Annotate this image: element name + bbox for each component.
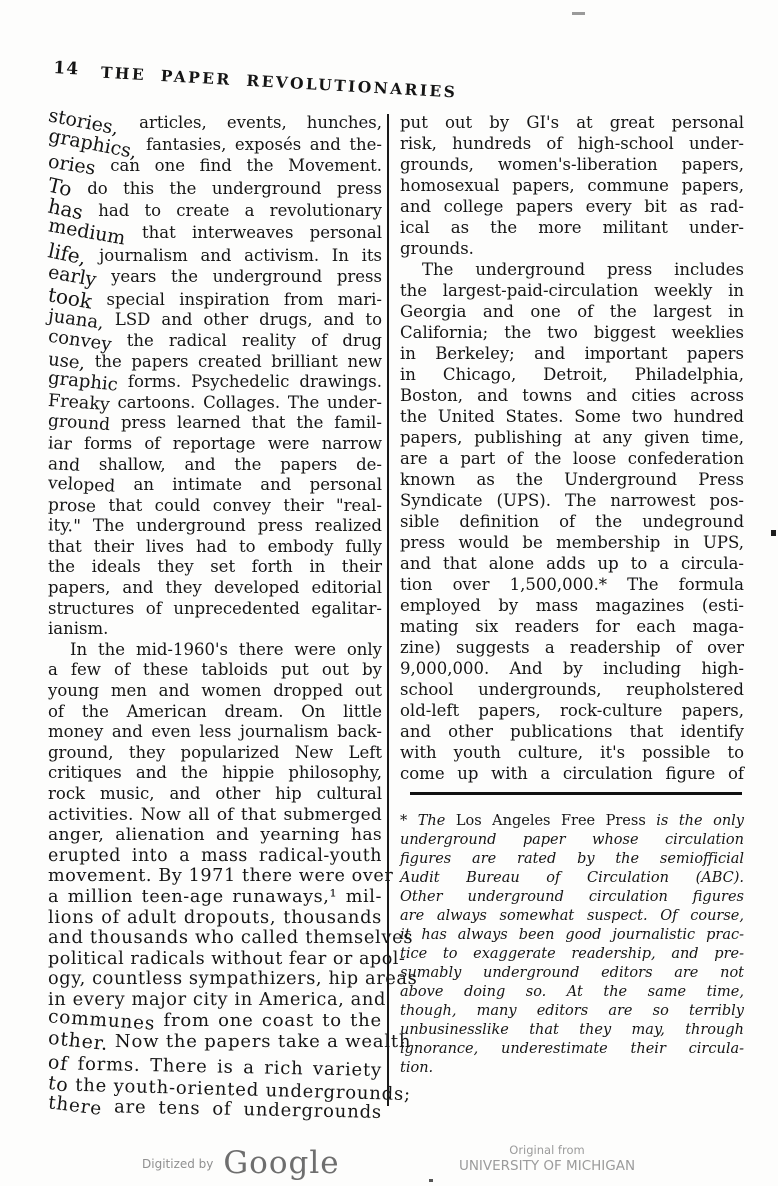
gutter-word: prose	[48, 495, 97, 517]
text-line: other. Now the papers take a wealth	[48, 1031, 382, 1053]
text-line: come up with a circulation figure of	[400, 763, 744, 784]
text-line: ical as the more militant under-	[400, 217, 744, 238]
text-line: and other publications that identify	[400, 721, 744, 742]
gutter-word: ity."	[48, 516, 82, 538]
gutter-word: ground,	[48, 743, 113, 764]
text-line: tion over 1,500,000.* The formula	[400, 574, 744, 595]
text-line: Freaky cartoons. Collages. The under-	[48, 393, 382, 414]
text-line: underground paper whose circulation	[400, 831, 744, 850]
text-line: use, the papers created brilliant new	[48, 352, 382, 373]
scan-artifact-dash	[572, 12, 585, 15]
line-text: special inspiration from mari-	[107, 290, 382, 309]
line-text: Now all of that submerged	[141, 805, 382, 825]
text-line: sumably underground editors are not	[400, 964, 744, 983]
text-line: Georgia and one of the largest in	[400, 301, 744, 322]
original-from-label: Original from	[447, 1143, 647, 1157]
text-line: old-left papers, rock-culture papers,	[400, 700, 744, 721]
text-line: ogy, countless sympathizers, hip areas	[48, 969, 382, 990]
gutter-word: erupted	[48, 846, 121, 867]
line-text: cartoons. Collages. The under-	[118, 393, 382, 412]
text-line: grounds, women's-liberation papers,	[400, 154, 744, 175]
gutter-word: lions	[48, 908, 94, 929]
text-line: homosexual papers, commune papers,	[400, 175, 744, 196]
text-line: are a part of the loose confederation	[400, 448, 744, 469]
line-text: thousands who called themselves	[90, 927, 413, 948]
line-text: music, and other hip cultural	[100, 784, 382, 803]
line-text: shallow, and the papers de-	[99, 455, 382, 474]
gutter-word: of	[48, 702, 64, 723]
gutter-word: movement.	[48, 866, 152, 887]
line-text: and the hippie philosophy,	[136, 763, 382, 782]
text-line: sible definition of the undeground	[400, 511, 744, 532]
text-line: graphics, fantasies, exposés and the-	[48, 134, 382, 156]
gutter-word: papers,	[48, 578, 110, 599]
line-text: radicals without fear or apol-	[130, 949, 405, 969]
text-line: school undergrounds, reupholstered	[400, 679, 744, 700]
footnote: * The Los Angeles Free Press is the only…	[400, 812, 744, 1078]
line-text: countless sympathizers, hip areas	[92, 968, 417, 989]
text-line: The underground press includes	[400, 259, 744, 280]
footer-provenance: Original from UNIVERSITY OF MICHIGAN	[447, 1143, 647, 1174]
text-line: movement. By 1971 there were over	[48, 866, 382, 887]
footnote-text: is the only	[646, 813, 744, 829]
page-number: 14	[53, 58, 80, 79]
text-line: young men and women dropped out	[48, 681, 382, 702]
text-line: there are tens of undergrounds	[48, 1096, 382, 1124]
gutter-word: ground	[47, 411, 110, 436]
line-text: journalism and activism. In its	[99, 246, 382, 265]
text-line: ories can one find the Movement.	[48, 155, 382, 177]
scanned-page: 14 THE PAPER REVOLUTIONARIES stories, ar…	[0, 0, 778, 1186]
gutter-word: young	[48, 681, 99, 702]
text-line: papers, publishing at any given time,	[400, 427, 744, 448]
google-logo: Google	[223, 1148, 339, 1179]
text-line: took special inspiration from mari-	[48, 288, 382, 311]
line-text: the mid-1960's there were only	[98, 640, 382, 659]
text-line: and shallow, and the papers de-	[48, 455, 382, 476]
text-line: papers, and they developed editorial	[48, 578, 382, 599]
text-line: Audit Bureau of Circulation (ABC).	[400, 869, 744, 888]
line-text: The underground press realized	[93, 516, 382, 535]
gutter-word: rock	[48, 784, 85, 805]
line-text: from one coast to the	[164, 1010, 382, 1031]
text-line: and that alone adds up to a circula-	[400, 553, 744, 574]
text-line: 9,000,000. And by including high-	[400, 658, 744, 679]
text-line: zine) suggests a readership of over	[400, 637, 744, 658]
text-line: political radicals without fear or apol-	[48, 949, 382, 970]
gutter-word: a	[48, 660, 58, 681]
gutter-word: ianism.	[48, 619, 108, 640]
text-line: in Chicago, Detroit, Philadelphia,	[400, 364, 744, 385]
footnote-first-line: * The Los Angeles Free Press is the only	[400, 812, 744, 831]
gutter-word: money	[48, 722, 103, 743]
text-line: known as the Underground Press	[400, 469, 744, 490]
scan-artifact-dot	[429, 1179, 433, 1182]
line-text: fantasies, exposés and the-	[146, 135, 382, 154]
line-text: LSD and other drugs, and to	[115, 310, 382, 329]
line-text: of adult dropouts, thousands	[101, 907, 382, 928]
line-text: and even less journalism back-	[112, 722, 382, 741]
line-text: had to create a revolutionary	[98, 201, 382, 220]
line-text: alienation and yearning has	[115, 825, 382, 845]
text-line: juana, LSD and other drugs, and to	[48, 310, 382, 331]
line-text: few of these tabloids put out by	[71, 660, 382, 679]
text-line: graphic forms. Psychedelic drawings.	[48, 372, 382, 393]
line-text: that interweaves personal	[142, 223, 382, 242]
text-line: ity." The underground press realized	[48, 516, 382, 537]
text-line: that their lives had to embody fully	[48, 537, 382, 558]
line-text: the radical reality of drug	[127, 331, 382, 350]
gutter-word: and	[48, 928, 84, 949]
text-line: lions of adult dropouts, thousands	[48, 908, 382, 929]
footnote-rule	[410, 792, 742, 795]
text-line: though, many editors are so terribly	[400, 1002, 744, 1021]
text-line: employed by mass magazines (esti-	[400, 595, 744, 616]
line-text: and they developed editorial	[122, 578, 382, 597]
line-text: they popularized New Left	[129, 743, 382, 762]
text-line: grounds.	[400, 238, 744, 259]
line-text: forms. Psychedelic drawings.	[128, 372, 382, 391]
line-text: can one find the Movement.	[110, 156, 382, 175]
text-line: a million teen-age runaways,¹ mil-	[48, 887, 382, 908]
left-column: stories, articles, events, hunches,graph…	[48, 112, 382, 1117]
text-line: Other underground circulation figures	[400, 888, 744, 907]
right-column: put out by GI's at great personalrisk, h…	[400, 112, 744, 784]
digitized-by-label: Digitized by	[142, 1157, 213, 1171]
line-text: press learned that the famil-	[121, 413, 382, 432]
text-line: structures of unprecedented egalitar-	[48, 599, 382, 620]
text-line: above doing so. At the same time,	[400, 983, 744, 1002]
text-line: ground, they popularized New Left	[48, 743, 382, 764]
text-line: California; the two biggest weeklies	[400, 322, 744, 343]
line-text: do this the underground press	[87, 179, 382, 198]
line-text: years the underground press	[111, 267, 382, 286]
text-line: communes from one coast to the	[48, 1011, 382, 1032]
text-line: erupted into a mass radical-youth	[48, 846, 382, 867]
text-line: unbusinesslike that they may, through	[400, 1021, 744, 1040]
gutter-word: a	[48, 887, 59, 908]
line-text: forms of reportage were narrow	[84, 434, 382, 453]
text-line: and college papers every bit as rad-	[400, 196, 744, 217]
gutter-word: anger,	[48, 825, 104, 846]
text-line: convey the radical reality of drug	[48, 331, 382, 352]
text-line: and thousands who called themselves	[48, 928, 382, 949]
text-line: tion.	[400, 1059, 744, 1078]
text-line: tice to exaggerate readership, and pre-	[400, 945, 744, 964]
text-line: activities. Now all of that submerged	[48, 805, 382, 826]
column-divider	[387, 114, 389, 1106]
line-text: Now the papers take a wealth	[115, 1031, 411, 1052]
text-line: the largest-paid-circulation weekly in	[400, 280, 744, 301]
gutter-word: iar	[47, 433, 72, 455]
line-text: the American dream. On little	[82, 702, 382, 721]
line-text: an intimate and personal	[134, 475, 383, 494]
footnote-text: * The	[400, 813, 456, 829]
text-line: press would be membership in UPS,	[400, 532, 744, 553]
gutter-word: critiques	[48, 763, 122, 784]
text-line: rock music, and other hip cultural	[48, 784, 382, 805]
text-line: with youth culture, it's possible to	[400, 742, 744, 763]
line-text: million teen-age runaways,¹ mil-	[68, 887, 382, 907]
text-line: a few of these tabloids put out by	[48, 660, 382, 681]
text-line: mating six readers for each maga-	[400, 616, 744, 637]
text-line: money and even less journalism back-	[48, 722, 382, 743]
line-text: that could convey their "real-	[108, 496, 382, 515]
gutter-word: that	[48, 537, 82, 558]
publication-name: Los Angeles Free Press	[456, 813, 646, 829]
line-text: their lives had to embody fully	[94, 537, 382, 556]
gutter-word: other.	[47, 1028, 109, 1055]
line-text: ideals they set forth in their	[92, 557, 382, 576]
gutter-word: the	[48, 557, 75, 578]
gutter-word: there	[47, 1093, 103, 1120]
text-line: prose that could convey their "real-	[48, 496, 382, 517]
text-line: To do this the underground press	[48, 177, 382, 200]
text-line: in Berkeley; and important papers	[400, 343, 744, 364]
gutter-word: structures	[48, 599, 134, 620]
line-text: articles, events, hunches,	[139, 113, 382, 132]
text-line: are always somewhat suspect. Of course,	[400, 907, 744, 926]
gutter-word: ogy,	[48, 969, 86, 990]
scan-artifact-speck	[771, 530, 776, 536]
text-line: early years the underground press	[48, 266, 382, 288]
text-line: stories, articles, events, hunches,	[48, 112, 382, 134]
line-text: By 1971 there were over	[158, 866, 393, 886]
text-line: of the American dream. On little	[48, 702, 382, 723]
text-line: it has always been good journalistic pra…	[400, 926, 744, 945]
text-line: has had to create a revolutionary	[48, 199, 382, 222]
text-line: ground press learned that the famil-	[48, 413, 382, 434]
footer-digitized: Digitized by Google	[142, 1148, 340, 1179]
line-text: men and women dropped out	[111, 681, 382, 700]
line-text: of unprecedented egalitar-	[146, 599, 382, 618]
text-line: Boston, and towns and cities across	[400, 385, 744, 406]
text-line: figures are rated by the semiofficial	[400, 850, 744, 869]
text-line: life, journalism and activism. In its	[48, 244, 382, 267]
text-line: Syndicate (UPS). The narrowest pos-	[400, 490, 744, 511]
gutter-word: political	[48, 949, 124, 970]
text-line: ianism.	[48, 619, 382, 640]
text-line: in every major city in America, and	[48, 990, 382, 1011]
line-text: the papers created brilliant new	[95, 352, 382, 371]
text-line: ignorance, underestimate their circula-	[400, 1040, 744, 1059]
text-line: critiques and the hippie philosophy,	[48, 763, 382, 784]
gutter-word: In	[70, 640, 87, 661]
text-line: the ideals they set forth in their	[48, 557, 382, 578]
text-line: anger, alienation and yearning has	[48, 825, 382, 846]
text-line: risk, hundreds of high-school under-	[400, 133, 744, 154]
text-line: put out by GI's at great personal	[400, 112, 744, 133]
gutter-word: activities.	[48, 805, 134, 826]
page-header: 14 THE PAPER REVOLUTIONARIES	[53, 58, 458, 102]
line-text: every major city in America, and	[73, 989, 386, 1010]
gutter-word: veloped	[48, 473, 116, 497]
text-line: In the mid-1960's there were only	[48, 640, 382, 661]
text-line: medium that interweaves personal	[48, 222, 382, 244]
text-line: veloped an intimate and personal	[48, 475, 382, 496]
line-text: are tens of undergrounds	[114, 1096, 382, 1123]
line-text: into a mass radical-youth	[132, 846, 382, 866]
institution-label: UNIVERSITY OF MICHIGAN	[447, 1158, 647, 1174]
text-line: the United States. Some two hundred	[400, 406, 744, 427]
text-line: iar forms of reportage were narrow	[48, 434, 382, 455]
book-title: THE PAPER REVOLUTIONARIES	[100, 61, 457, 102]
